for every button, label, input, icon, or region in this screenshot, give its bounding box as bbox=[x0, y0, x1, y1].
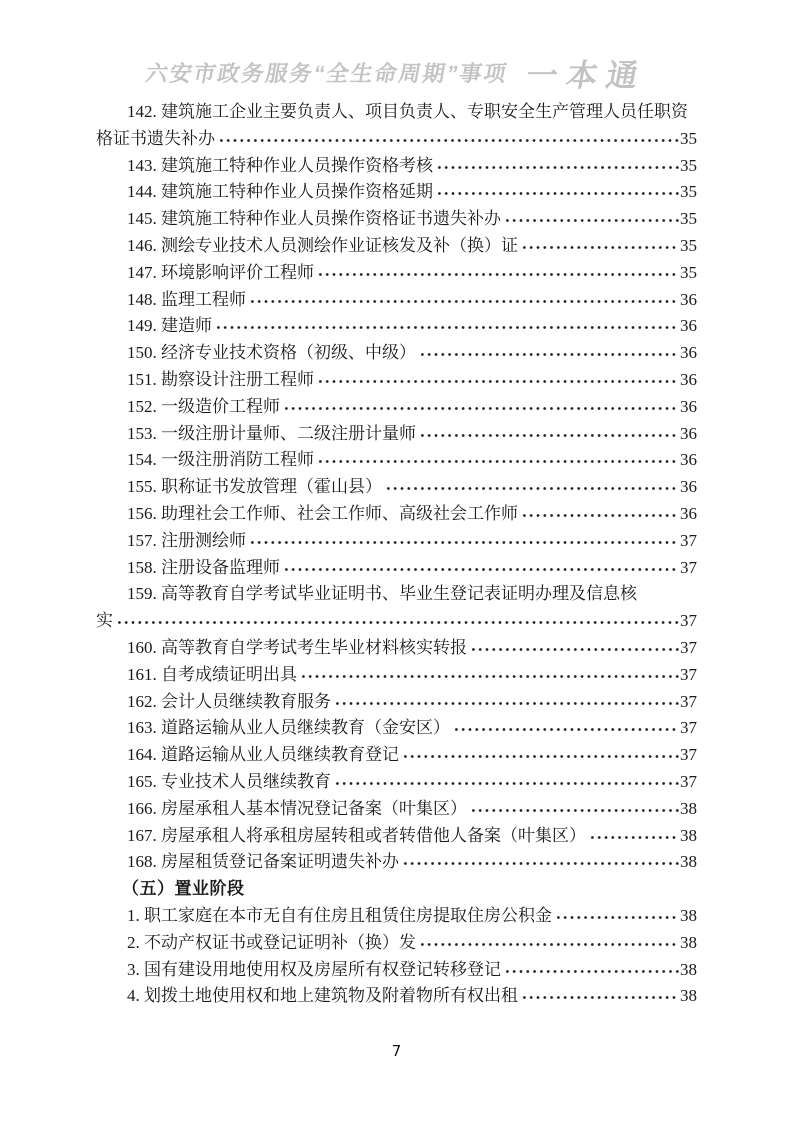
toc-entry-text: 146. 测绘专业技术人员测绘作业证核发及补（换）证 bbox=[96, 233, 518, 260]
dot-leader bbox=[502, 206, 679, 233]
toc-page-number: 37 bbox=[680, 528, 697, 555]
toc-entry: 2. 不动产权证书或登记证明补（换）发38 bbox=[96, 930, 697, 957]
toc-page-number: 37 bbox=[680, 662, 697, 689]
dot-leader bbox=[247, 287, 679, 314]
toc-entry: 148. 监理工程师36 bbox=[96, 287, 697, 314]
dot-leader bbox=[247, 528, 679, 555]
dot-leader bbox=[553, 903, 679, 930]
toc-entry: 155. 职称证书发放管理（霍山县）36 bbox=[96, 474, 697, 501]
dot-leader bbox=[216, 126, 679, 153]
dot-leader bbox=[434, 179, 679, 206]
dot-leader bbox=[519, 501, 679, 528]
toc-entry: 150. 经济专业技术资格（初级、中级）36 bbox=[96, 340, 697, 367]
toc-page-number: 38 bbox=[680, 823, 697, 850]
dot-leader bbox=[298, 662, 679, 689]
toc-page-number: 35 bbox=[680, 179, 697, 206]
toc-page-number: 35 bbox=[680, 260, 697, 287]
toc-entry: 145. 建筑施工特种作业人员操作资格证书遗失补办35 bbox=[96, 206, 697, 233]
toc-entry: 159. 高等教育自学考试毕业证明书、毕业生登记表证明办理及信息核 bbox=[96, 581, 697, 608]
toc-page-number: 36 bbox=[680, 447, 697, 474]
toc-entry-text: 153. 一级注册计量师、二级注册计量师 bbox=[96, 421, 416, 448]
dot-leader bbox=[502, 957, 679, 984]
toc-entry: 147. 环境影响评价工程师35 bbox=[96, 260, 697, 287]
toc-page-number: 35 bbox=[680, 126, 697, 153]
document-page: 六安市政务服务“全生命周期”事项 一本通 142. 建筑施工企业主要负责人、项目… bbox=[0, 0, 793, 1122]
toc-entry-text: 3. 国有建设用地使用权及房屋所有权登记转移登记 bbox=[96, 957, 501, 984]
toc-page-number: 36 bbox=[680, 313, 697, 340]
dot-leader bbox=[315, 260, 679, 287]
toc-entry: 152. 一级造价工程师36 bbox=[96, 394, 697, 421]
page-footer: 7 bbox=[0, 1042, 793, 1060]
dot-leader bbox=[114, 608, 679, 635]
toc-entry-text: 156. 助理社会工作师、社会工作师、高级社会工作师 bbox=[96, 501, 518, 528]
toc-entry: 166. 房屋承租人基本情况登记备案（叶集区）38 bbox=[96, 796, 697, 823]
toc-page-number: 36 bbox=[680, 287, 697, 314]
toc-page-number: 38 bbox=[680, 903, 697, 930]
toc-entry: 143. 建筑施工特种作业人员操作资格考核35 bbox=[96, 153, 697, 180]
toc-entry-text: 150. 经济专业技术资格（初级、中级） bbox=[96, 340, 416, 367]
toc-page-number: 37 bbox=[680, 555, 697, 582]
toc-page-number: 37 bbox=[680, 635, 697, 662]
dot-leader bbox=[281, 555, 679, 582]
dot-leader bbox=[468, 635, 679, 662]
toc-entry-text: 149. 建造师 bbox=[96, 313, 212, 340]
toc-entry-text: 格证书遗失补办 bbox=[96, 126, 215, 153]
dot-leader bbox=[315, 447, 679, 474]
dot-leader bbox=[383, 474, 679, 501]
toc-entry-text: 实 bbox=[96, 608, 113, 635]
toc-entry: 160. 高等教育自学考试考生毕业材料核实转报37 bbox=[96, 635, 697, 662]
toc-entry: 149. 建造师36 bbox=[96, 313, 697, 340]
toc-entry-text: 164. 道路运输从业人员继续教育登记 bbox=[96, 742, 399, 769]
dot-leader bbox=[315, 367, 679, 394]
toc-page-number: 38 bbox=[680, 957, 697, 984]
header-suffix: 一本通 bbox=[523, 50, 651, 95]
toc-entry-text: 166. 房屋承租人基本情况登记备案（叶集区） bbox=[96, 796, 467, 823]
toc-entry: 157. 注册测绘师37 bbox=[96, 528, 697, 555]
toc-entry-text: 155. 职称证书发放管理（霍山县） bbox=[96, 474, 382, 501]
toc-entry-text: 2. 不动产权证书或登记证明补（换）发 bbox=[96, 930, 416, 957]
toc-entry-text: 158. 注册设备监理师 bbox=[96, 555, 280, 582]
toc-page-number: 37 bbox=[680, 769, 697, 796]
toc-entry: 3. 国有建设用地使用权及房屋所有权登记转移登记38 bbox=[96, 957, 697, 984]
dot-leader bbox=[400, 849, 679, 876]
toc-entry: 168. 房屋租赁登记备案证明遗失补办38 bbox=[96, 849, 697, 876]
toc-page-number: 37 bbox=[680, 715, 697, 742]
toc-entry: 163. 道路运输从业人员继续教育（金安区）37 bbox=[96, 715, 697, 742]
toc-entry: 156. 助理社会工作师、社会工作师、高级社会工作师36 bbox=[96, 501, 697, 528]
toc-entry-text: 161. 自考成绩证明出具 bbox=[96, 662, 297, 689]
toc-entry: 1. 职工家庭在本市无自有住房且租赁住房提取住房公积金38 bbox=[96, 903, 697, 930]
dot-leader bbox=[434, 153, 679, 180]
toc-page-number: 36 bbox=[680, 340, 697, 367]
dot-leader bbox=[281, 394, 679, 421]
dot-leader bbox=[332, 689, 679, 716]
toc-entry: 167. 房屋承租人将承租房屋转租或者转借他人备案（叶集区）38 bbox=[96, 823, 697, 850]
dot-leader bbox=[213, 313, 679, 340]
toc-entry-text: 160. 高等教育自学考试考生毕业材料核实转报 bbox=[96, 635, 467, 662]
toc-entry-text: 151. 勘察设计注册工程师 bbox=[96, 367, 314, 394]
toc-entry: 154. 一级注册消防工程师36 bbox=[96, 447, 697, 474]
toc-entry-text: 154. 一级注册消防工程师 bbox=[96, 447, 314, 474]
dot-leader bbox=[587, 823, 679, 850]
dot-leader bbox=[519, 233, 679, 260]
toc-page-number: 36 bbox=[680, 367, 697, 394]
toc-page-number: 36 bbox=[680, 474, 697, 501]
toc: 142. 建筑施工企业主要负责人、项目负责人、专职安全生产管理人员任职资格证书遗… bbox=[96, 99, 697, 1010]
page-header: 六安市政务服务“全生命周期”事项 一本通 bbox=[0, 50, 793, 95]
toc-entry: 165. 专业技术人员继续教育37 bbox=[96, 769, 697, 796]
dot-leader bbox=[417, 421, 679, 448]
toc-page-number: 38 bbox=[680, 796, 697, 823]
toc-entry-text: 148. 监理工程师 bbox=[96, 287, 246, 314]
toc-page-number: 35 bbox=[680, 233, 697, 260]
toc-entry-text: 144. 建筑施工特种作业人员操作资格延期 bbox=[96, 179, 433, 206]
toc-page-number: 37 bbox=[680, 689, 697, 716]
toc-entry: 146. 测绘专业技术人员测绘作业证核发及补（换）证35 bbox=[96, 233, 697, 260]
dot-leader bbox=[519, 983, 679, 1010]
toc-page-number: 36 bbox=[680, 501, 697, 528]
toc-entry: 142. 建筑施工企业主要负责人、项目负责人、专职安全生产管理人员任职资 bbox=[96, 99, 697, 126]
toc-entry-text: 162. 会计人员继续教育服务 bbox=[96, 689, 331, 716]
toc-entry-text: 167. 房屋承租人将承租房屋转租或者转借他人备案（叶集区） bbox=[96, 823, 586, 850]
toc-page-number: 37 bbox=[680, 742, 697, 769]
toc-entry: 4. 划拨土地使用权和地上建筑物及附着物所有权出租38 bbox=[96, 983, 697, 1010]
page-number: 7 bbox=[392, 1042, 402, 1060]
toc-entry-text: 157. 注册测绘师 bbox=[96, 528, 246, 555]
toc-page-number: 36 bbox=[680, 394, 697, 421]
toc-page-number: 37 bbox=[680, 608, 697, 635]
dot-leader bbox=[417, 340, 679, 367]
toc-page-number: 38 bbox=[680, 930, 697, 957]
header-title: 六安市政务服务“全生命周期”事项 bbox=[144, 57, 511, 88]
dot-leader bbox=[400, 742, 679, 769]
toc-entry-text: 152. 一级造价工程师 bbox=[96, 394, 280, 421]
toc-entry-text: 168. 房屋租赁登记备案证明遗失补办 bbox=[96, 849, 399, 876]
toc-entry: 151. 勘察设计注册工程师36 bbox=[96, 367, 697, 394]
toc-entry-text: 147. 环境影响评价工程师 bbox=[96, 260, 314, 287]
dot-leader bbox=[451, 715, 679, 742]
toc-page-number: 35 bbox=[680, 153, 697, 180]
toc-page-number: 38 bbox=[680, 983, 697, 1010]
toc-entry-text: 4. 划拨土地使用权和地上建筑物及附着物所有权出租 bbox=[96, 983, 518, 1010]
dot-leader bbox=[332, 769, 679, 796]
toc-entry-text: 143. 建筑施工特种作业人员操作资格考核 bbox=[96, 153, 433, 180]
toc-entry: 153. 一级注册计量师、二级注册计量师36 bbox=[96, 421, 697, 448]
dot-leader bbox=[417, 930, 679, 957]
toc-page-number: 35 bbox=[680, 206, 697, 233]
toc-entry-text: 165. 专业技术人员继续教育 bbox=[96, 769, 331, 796]
toc-entry-text: 1. 职工家庭在本市无自有住房且租赁住房提取住房公积金 bbox=[96, 903, 552, 930]
section-heading: （五）置业阶段 bbox=[96, 876, 697, 903]
toc-entry-text: 145. 建筑施工特种作业人员操作资格证书遗失补办 bbox=[96, 206, 501, 233]
toc-page-number: 36 bbox=[680, 421, 697, 448]
toc-entry-continuation: 实37 bbox=[96, 608, 697, 635]
toc-entry-text: 163. 道路运输从业人员继续教育（金安区） bbox=[96, 715, 450, 742]
toc-entry: 161. 自考成绩证明出具37 bbox=[96, 662, 697, 689]
toc-entry: 162. 会计人员继续教育服务37 bbox=[96, 689, 697, 716]
toc-entry-continuation: 格证书遗失补办35 bbox=[96, 126, 697, 153]
dot-leader bbox=[468, 796, 679, 823]
toc-page-number: 38 bbox=[680, 849, 697, 876]
toc-entry: 164. 道路运输从业人员继续教育登记37 bbox=[96, 742, 697, 769]
toc-entry: 158. 注册设备监理师37 bbox=[96, 555, 697, 582]
toc-entry: 144. 建筑施工特种作业人员操作资格延期35 bbox=[96, 179, 697, 206]
